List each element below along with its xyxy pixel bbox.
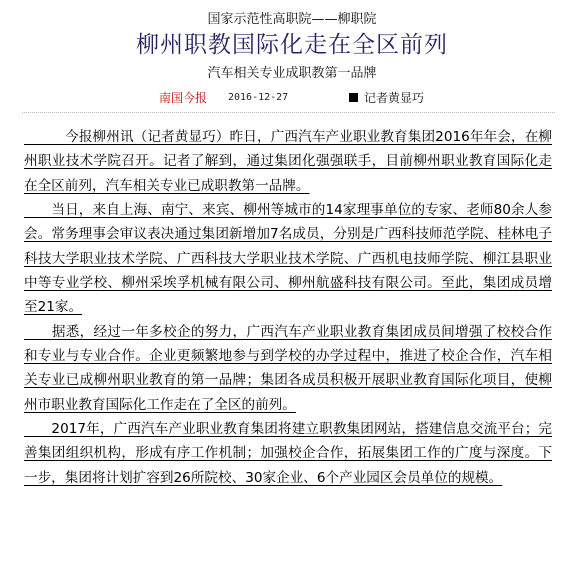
author-byline: 记者黄显巧 — [364, 90, 424, 106]
paragraph-text: 当日，来自上海、南宁、来宾、柳州等城市的14家理事单位的专家、老师80余人参会。… — [24, 202, 552, 315]
paragraph-indent — [24, 324, 52, 340]
article-paragraph: 当日，来自上海、南宁、来宾、柳州等城市的14家理事单位的专家、老师80余人参会。… — [24, 198, 552, 320]
paragraph-indent — [24, 421, 51, 437]
paragraph-text: 据悉，经过一年多校企的努力，广西汽车产业职业教育集团成员间增强了校校合作和专业与… — [24, 324, 552, 413]
paragraph-indent — [24, 129, 65, 145]
paragraph-text: 2017年，广西汽车产业职业教育集团将建立职教集团网站，搭建信息交流平台；完善集… — [24, 421, 552, 486]
article-body: 今报柳州讯（记者黄显巧）昨日，广西汽车产业职业教育集团2016年年会，在柳州职业… — [24, 125, 552, 490]
headline: 柳州职教国际化走在全区前列 — [0, 30, 584, 60]
subheadline: 汽车相关专业成职教第一品牌 — [0, 66, 584, 82]
dotted-divider — [22, 112, 555, 113]
source-name: 南国今报 — [159, 90, 207, 106]
publish-date: 2016-12-27 — [228, 90, 288, 106]
kicker-title: 国家示范性高职院——柳职院 — [0, 12, 584, 28]
square-bullet-icon — [349, 93, 358, 102]
paragraph-text: 今报柳州讯（记者黄显巧）昨日，广西汽车产业职业教育集团2016年年会，在柳州职业… — [24, 129, 552, 194]
paragraph-indent — [24, 202, 51, 218]
article-meta: 南国今报 2016-12-27 记者黄显巧 — [0, 90, 584, 106]
article-paragraph: 今报柳州讯（记者黄显巧）昨日，广西汽车产业职业教育集团2016年年会，在柳州职业… — [24, 125, 552, 198]
article-paragraph: 据悉，经过一年多校企的努力，广西汽车产业职业教育集团成员间增强了校校合作和专业与… — [24, 320, 552, 417]
article-paragraph: 2017年，广西汽车产业职业教育集团将建立职教集团网站，搭建信息交流平台；完善集… — [24, 417, 552, 490]
